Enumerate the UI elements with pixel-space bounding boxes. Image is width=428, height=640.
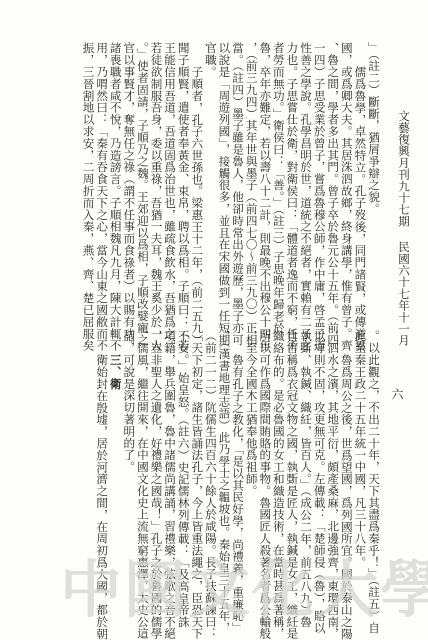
text-column: 、魯之間，學者多出其門。曾子卒於魯元公十五年。（前四 (326, 42, 340, 314)
text-column: 子順者，孔子六世孫也。梁惠王十二年，（前二五九） (190, 42, 204, 314)
text-column: 以說是「周遊列國」，接觸很多，並且在宋國做到一任短期 (217, 42, 231, 314)
text-column: 魯爲周公之後，世爲望國，爲列國所宜。國於泰山之陽 (339, 330, 353, 610)
lower-text-block: 。以此觀之，不出二十年，天下其盡爲秦乎！」（註五）自 此至秦王政二十五年統一中國… (95, 330, 380, 610)
journal-title: 文藝復興月刊九十七期 (397, 110, 411, 227)
text-column: 力也。子思嘗仕於衛，對衛侯曰：「體道者逸而不窮，任術 (285, 42, 299, 314)
text-column: ，至今全國木工猶奉他爲祖師。 (244, 330, 258, 610)
issue-date: 民國六十七年十一月 (397, 241, 411, 346)
text-column: 衛始封在殷墟，居於河濟之間，在周初爲大國，都於朝 (95, 330, 109, 610)
text-column: 性善之學說。孔學昌明於世，道統之不絕者，實賴有二子之 (298, 42, 312, 314)
upper-text-block: 」（註二）斷斷，猶屑爭辯之貌。 儒爲魯學，卓然特立。孔子歿後，同門諸賢，或傳道異… (81, 42, 380, 314)
text-column: ，豈非聖人之遺化，好禮樂之國哉！」孔子之於魯國的儒學 (149, 330, 163, 610)
text-column: 、儒風，繼往開來，在中國文化史上流無窮惠澤，太史公這 (135, 330, 149, 610)
text-column: 聞子順賢，遣使者奉黃金、束帛，聘以爲相。子順曰：「若 (176, 42, 190, 314)
text-column: ，泗水之濱，其地平衍，頗產桑麻，北邊強齊，東環西南， (326, 330, 340, 610)
text-column: 執斲、執鍼、織紝，皆百人。」（成公二年，前五八九）魯 (298, 330, 312, 610)
text-column: 項籍，舉兵圍魯，魯中諸儒尚講誦，習禮樂，弦歌之音不絕 (163, 330, 177, 610)
text-column: 以守則不固，攻更無可克。左傳載：「楚師侵（魯），賂以 (312, 330, 326, 610)
text-column: 所以可作爲國際間賄賂的事物。魯國匠人殺著名者爲公輸般 (258, 330, 272, 610)
text-column: 「天下初定，諸生皆誦法孔子，今上皆重法繩之，臣恐天下 (190, 330, 204, 610)
text-column: 。以此觀之，不出二十年，天下其盡爲秦乎！」（註五）自 (366, 330, 380, 610)
text-column: 不安。」始皇怒。（註六）史記儒林列傳載：「及高皇帝誅 (176, 330, 190, 610)
text-column: ，（前三九四）其年世與墨子（前四七〇～前三九〇）正相 (244, 42, 258, 314)
text-column: 用，乃喟然曰：「秦有吞食天下之心，當今山東之國敝而不 (95, 42, 109, 314)
text-column: 一四）子思受業於曾子，嘗爲魯穆公師，作中庸，啓孟子道 (312, 42, 326, 314)
text-column: 官以事賢才，奪無任之祿（謂不任事而食祿者）以賜有功。 (122, 42, 136, 314)
section-heading: 三、衛 (108, 330, 122, 610)
text-column: 魯，卒年亦難定，若以壽八十二計，則最晚不出穆公十四年 (258, 42, 272, 314)
text-column: ，（漢書地理志語）此乃學士之韞坡也。秦始皇三十五年， (217, 330, 231, 610)
text-column: 。」使者固請，子順乃之魏。王郊迎以爲相，子順改嬖寵之 (135, 42, 149, 314)
text-column: 話，可說是深切著明的了。 (122, 330, 136, 610)
text-column: 儒爲魯學，卓然特立。孔子歿後，同門諸賢，或傳道異 (353, 42, 367, 314)
text-column: 國，或爲卿大夫。其居洙泗故鄉，終身講學，惟有曾子。齊 (339, 42, 353, 314)
text-column: 諸喪職者咸不悅，乃造謗言。子順相魏凡九月，陳大計輒不 (108, 42, 122, 314)
text-column: 此至秦王政二十五年統一中國，凡三十八年。 (353, 330, 367, 610)
text-column: 官職。 (203, 42, 217, 314)
text-column: 當。（註四）墨子雖是魯人，他卻時常出外遊歷，墨子亦可 (230, 42, 244, 314)
text-column: 自古稱爲衣冠文物之國，執斲是匠人，執鍼是女工，織紝是 (285, 330, 299, 610)
page-number: 六 (389, 388, 406, 400)
text-column: 若徒欲制服吾身，委以重祿，吾猶一夫耳，魏王奚少於一人 (149, 42, 163, 314)
text-column: 魯有孔子之教化，「是以其民好學，尚禮義，重廉恥」 (230, 330, 244, 610)
text-column: 王能信用吾道，吾道固爲治世也，雖疏食飲水，吾猶爲之。 (163, 42, 177, 314)
text-column: 振，三晉割地以求安，二周折而入秦，燕、齊、楚已屈服矣 (81, 42, 95, 314)
text-column: 」（註二）斷斷，猶屑爭辯之貌。 (366, 42, 380, 314)
text-column: （前二一二）阬儒生四百六十餘人於咸陽。長子扶蘇諫曰： (203, 330, 217, 610)
running-header: 文藝復興月刊九十七期民國六十七年十一月 (397, 110, 410, 346)
text-column: 者勞而無功。」衛侯曰：「善。」（註三）子思晚年歸老於 (271, 42, 285, 314)
text-column: 織絡布的。是必魯國的女工和織造技術，在當時甚爲著稱， (271, 330, 285, 610)
